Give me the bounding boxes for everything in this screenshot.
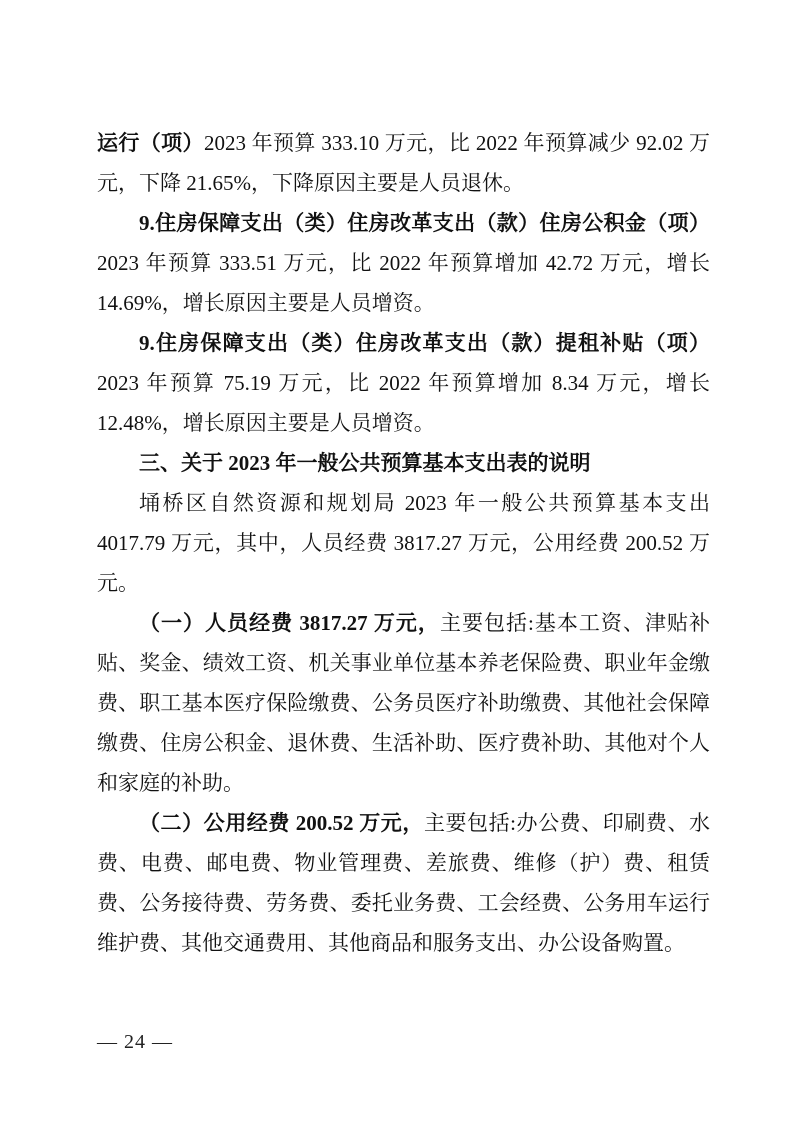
document-body: 运行（项）2023 年预算 333.10 万元，比 2022 年预算减少 92.… <box>97 123 710 963</box>
document-page: 运行（项）2023 年预算 333.10 万元，比 2022 年预算减少 92.… <box>0 0 793 1122</box>
section-heading-basic-expenditure: 三、关于 2023 年一般公共预算基本支出表的说明 <box>97 443 710 483</box>
paragraph-operation-item: 运行（项）2023 年预算 333.10 万元，比 2022 年预算减少 92.… <box>97 123 710 203</box>
paragraph-housing-fund: 9.住房保障支出（类）住房改革支出（款）住房公积金（项）2023 年预算 333… <box>97 203 710 323</box>
paragraph-lead: 9.住房保障支出（类）住房改革支出（款）住房公积金（项） <box>139 211 710 235</box>
paragraph-lead: （一）人员经费 3817.27 万元， <box>139 611 440 635</box>
paragraph-basic-expenditure-summary: 埇桥区自然资源和规划局 2023 年一般公共预算基本支出 4017.79 万元，… <box>97 483 710 603</box>
paragraph-public-funds: （二）公用经费 200.52 万元，主要包括:办公费、印刷费、水费、电费、邮电费… <box>97 803 710 963</box>
paragraph-text: 2023 年预算 75.19 万元，比 2022 年预算增加 8.34 万元，增… <box>97 371 710 435</box>
paragraph-text: 埇桥区自然资源和规划局 2023 年一般公共预算基本支出 4017.79 万元，… <box>97 491 710 595</box>
paragraph-personnel-funds: （一）人员经费 3817.27 万元，主要包括:基本工资、津贴补贴、奖金、绩效工… <box>97 603 710 803</box>
paragraph-lead: 9.住房保障支出（类）住房改革支出（款）提租补贴（项） <box>139 331 710 355</box>
page-number: — 24 — <box>97 1031 173 1053</box>
paragraph-text: 主要包括:基本工资、津贴补贴、奖金、绩效工资、机关事业单位基本养老保险费、职业年… <box>97 611 710 795</box>
paragraph-lead: 运行（项） <box>97 131 204 155</box>
paragraph-rent-subsidy: 9.住房保障支出（类）住房改革支出（款）提租补贴（项）2023 年预算 75.1… <box>97 323 710 443</box>
paragraph-text: 2023 年预算 333.51 万元，比 2022 年预算增加 42.72 万元… <box>97 251 710 315</box>
paragraph-lead: （二）公用经费 200.52 万元， <box>139 811 424 835</box>
page-footer: — 24 — <box>97 1030 173 1054</box>
section-heading-text: 三、关于 2023 年一般公共预算基本支出表的说明 <box>139 451 591 475</box>
